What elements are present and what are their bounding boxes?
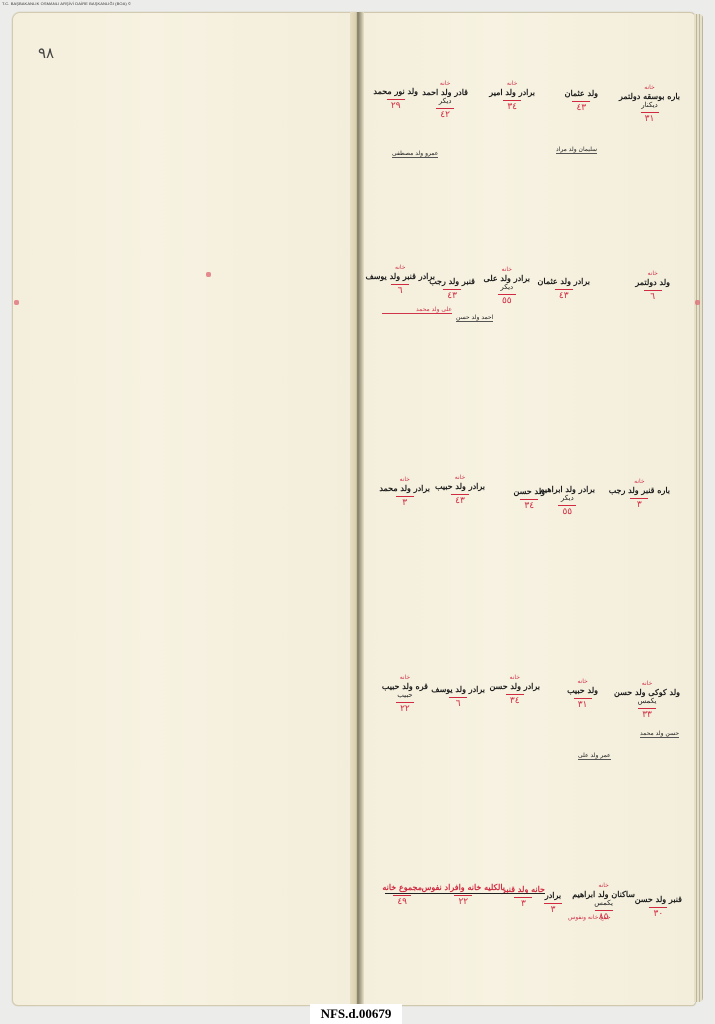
entry-value: ٣ (544, 903, 562, 915)
entry-name: برادر ولد علی (484, 273, 530, 283)
entry-note: خانه (422, 80, 468, 87)
entry: برادر ولد عثمان ٤٣ (538, 276, 590, 301)
entry-name: ولد حسن (514, 486, 545, 496)
annotation: علی ولد محمد (382, 306, 452, 314)
entry-name: قنبر ولد رجب (429, 276, 475, 286)
red-ink-mark (14, 300, 19, 305)
entry-name: باره قنبر ولد رجب (609, 485, 670, 495)
entry-note: خانه (484, 266, 530, 273)
entry-name: برادر ولد محمد (379, 483, 430, 493)
red-ink-mark (206, 272, 211, 277)
entry-note: خانه (435, 474, 485, 481)
entry-value: ٣١ (567, 698, 598, 710)
entry-value: ٣٤ (489, 100, 535, 112)
entry-value: ٤٣ (565, 101, 598, 113)
entry-name: برادر ولد یوسف (431, 684, 485, 694)
register-row-3: خانه باره قنبر ولد رجب ٣ برادر ولد ابراه… (375, 474, 690, 544)
left-page (12, 12, 358, 1006)
entry-value: ٦ (635, 290, 670, 302)
entry-name: برادر ولد حسن (489, 681, 540, 691)
entry-sub: دیکر (484, 283, 530, 291)
register-row-totals: قنبر ولد حسن ٣٠ خانه ساکنان ولد ابراهیم … (375, 876, 690, 946)
entry-note: خانه (614, 680, 680, 687)
entry-note: خانه (619, 84, 680, 91)
entry-sub: یکمس (614, 697, 680, 705)
entry-sub: دیکنار (619, 101, 680, 109)
entry-value: ٣٤ (514, 499, 545, 511)
entry-sub: دیکر (540, 494, 595, 502)
entry-note: خانه (635, 270, 670, 277)
entry: خانه باره بوسقه دولتمر دیکنار ٣١ (619, 84, 680, 124)
entry: حانه ولد قنبر ٣ (502, 884, 545, 909)
entry: برادر ولد ابراهیم دیکر ٥٥ (540, 484, 595, 517)
entry-note: خانه (609, 478, 670, 485)
entry-name: قادر ولد احمد (422, 87, 468, 97)
annotation: عمر ولد علی (578, 752, 611, 760)
catalog-label: NFS.d.00679 (310, 1004, 402, 1024)
total-rule-line (385, 893, 545, 894)
entry: ولد نور محمد ٢٩ (373, 86, 418, 111)
entry: قنبر ولد رجب ٤٣ (429, 276, 475, 301)
entry: برادر ولد یوسف ٦ (431, 684, 485, 709)
entry-note: خانه (572, 882, 635, 889)
entry-name: برادر ولد ابراهیم (540, 484, 595, 494)
folio-number: ٩٨ (38, 44, 54, 62)
entry-value: ٢٢ (382, 702, 428, 714)
entry-name: قنبر ولد حسن (635, 894, 682, 904)
entry-value: ٢٢ (422, 895, 505, 907)
entry-sub: یکمس (572, 899, 635, 907)
entry-note: خانه (489, 80, 535, 87)
entry-value: ٤٩ (382, 895, 422, 907)
entry: خانه برادر ولد علی دیکر ٥٥ (484, 266, 530, 306)
entry-value: ٥٥ (540, 505, 595, 517)
entry-note: خانه (489, 674, 540, 681)
entry: خانه برادر ولد محمد ٣ (379, 476, 430, 508)
entry-name: مجموع خانه (382, 882, 422, 892)
entry-value: ٣٤ (489, 694, 540, 706)
entry-value: ٦ (365, 284, 435, 296)
entry-value: ٣ (379, 496, 430, 508)
entry-value: ٢٩ (373, 99, 418, 111)
entry-note: خانه (567, 678, 598, 685)
entry-value: ٣٣ (614, 708, 680, 720)
entry-name: برادر ولد حبیب (435, 481, 485, 491)
entry: خانه برادر ولد حبیب ٤٣ (435, 474, 485, 506)
entry: خانه قره ولد حبیب حبیب ٢٢ (382, 674, 428, 714)
annotation: سلیمان ولد مراد (556, 146, 597, 154)
entry-value: ٦ (431, 697, 485, 709)
entry-name: ولد عثمان (565, 88, 598, 98)
entry-value: ٤٣ (538, 289, 590, 301)
entry-note: خانه (382, 674, 428, 681)
entry-value: ٥٥ (484, 294, 530, 306)
entry: خانه برادر ولد امیر ٣٤ (489, 80, 535, 112)
entry: خانه ولد حبیب ٣١ (567, 678, 598, 710)
entry-name: ولد نور محمد (373, 86, 418, 96)
entry: بالکلیه خانه وافراد نفوس ٢٢ (422, 882, 505, 907)
entry-name: ساکنان ولد ابراهیم (572, 889, 635, 899)
archive-watermark: T.C. BAŞBAKANLIK OSMANLI ARŞİVİ DAİRE BA… (2, 1, 131, 6)
entry-sub: دیکر (422, 97, 468, 105)
entry: قنبر ولد حسن ٣٠ (635, 894, 682, 919)
red-ink-mark (695, 300, 700, 305)
entry-value: ٤٣ (429, 289, 475, 301)
entry: خانه باره قنبر ولد رجب ٣ (609, 478, 670, 510)
entry-note: خانه (379, 476, 430, 483)
annotation: احمد ولد حسن (456, 314, 493, 322)
entry-name: برادر قنبر ولد یوسف (365, 271, 435, 281)
entry-value: ٣ (502, 897, 545, 909)
entry-name: ولد کوکی ولد حسن (614, 687, 680, 697)
entry-value: ٣ (609, 498, 670, 510)
entry-note: خانه (365, 264, 435, 271)
entry-value: ٤٢ (422, 108, 468, 120)
register-row-2: خانه ولد دولتمر ٦ برادر ولد عثمان ٤٣ خان… (375, 262, 690, 332)
annotation: عمرو ولد مصطفی (392, 150, 438, 158)
entry: خانه قادر ولد احمد دیکر ٤٢ (422, 80, 468, 120)
page-stack-edge (694, 14, 703, 1002)
annotation: حسن ولد محمد (640, 730, 679, 738)
entry: ولد حسن ٣٤ (514, 486, 545, 511)
entry: خانه برادر قنبر ولد یوسف ٦ (365, 264, 435, 296)
entry-name: قره ولد حبیب (382, 681, 428, 691)
entry-value: ٣١ (619, 112, 680, 124)
entry: خانه ولد دولتمر ٦ (635, 270, 670, 302)
entry: خانه برادر ولد حسن ٣٤ (489, 674, 540, 706)
entry: مجموع خانه ٤٩ (382, 882, 422, 907)
entry-sub: حبیب (382, 691, 428, 699)
entry-name: باره بوسقه دولتمر (619, 91, 680, 101)
entry: خانه ولد کوکی ولد حسن یکمس ٣٣ (614, 680, 680, 720)
annotation: جمع خانه ونفوس (568, 914, 611, 921)
entry-value: ٤٣ (435, 494, 485, 506)
register-row-1: خانه باره بوسقه دولتمر دیکنار ٣١ ولد عثم… (375, 78, 690, 148)
entry-name: ولد حبیب (567, 685, 598, 695)
entry: ولد عثمان ٤٣ (565, 88, 598, 113)
entry-name: بالکلیه خانه وافراد نفوس (422, 882, 505, 892)
entry-name: برادر (544, 890, 562, 900)
entry-name: برادر ولد عثمان (538, 276, 590, 286)
entry: برادر ٣ (544, 890, 562, 915)
entry-value: ٣٠ (635, 907, 682, 919)
entry-name: برادر ولد امیر (489, 87, 535, 97)
book-gutter (350, 12, 364, 1004)
entry-name: ولد دولتمر (635, 277, 670, 287)
